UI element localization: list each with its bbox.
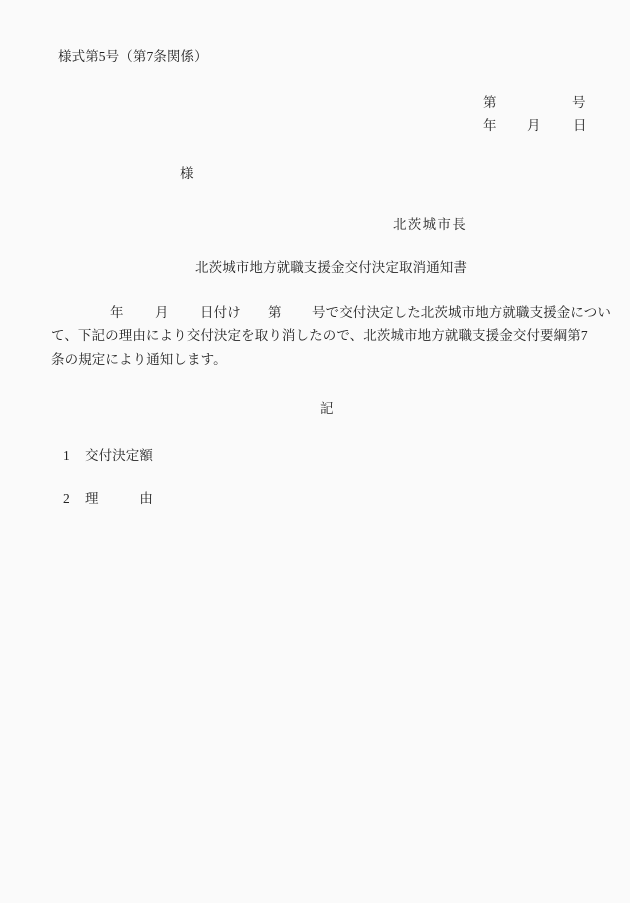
document-page: 様式第5号（第7条関係） 第 号 年 月 日 様 北茨城市長 北茨城市地方就職支… (0, 0, 630, 903)
addressee-honorific: 様 (180, 167, 194, 181)
body-line1-no-prefix: 第 (268, 306, 282, 320)
sender-name: 北茨城市長 (393, 218, 467, 232)
body-line2-text: て、下記の理由により交付決定を取り消したので、北茨城市地方就職支援金交付要綱第7 (51, 329, 588, 343)
body-line3-text: 条の規定により通知します。 (51, 353, 227, 367)
ki-heading: 記 (320, 402, 334, 416)
list-item-2-number: 2 (63, 492, 70, 506)
list-item-2-label: 理 由 (85, 492, 153, 506)
document-number-prefix: 第 (483, 96, 497, 110)
list-item-1-number: 1 (63, 449, 70, 463)
date-month-label: 月 (527, 119, 541, 133)
form-number-label: 様式第5号（第7条関係） (58, 50, 208, 64)
body-line1-month-label: 月 (155, 306, 169, 320)
body-line1-dated-label: 日付け (200, 306, 241, 320)
date-year-label: 年 (483, 119, 497, 133)
document-number-suffix: 号 (572, 96, 586, 110)
body-line1-year-label: 年 (110, 306, 124, 320)
date-day-label: 日 (573, 119, 587, 133)
list-item-1-label: 交付決定額 (85, 449, 153, 463)
body-line1-text: 号で交付決定した北茨城市地方就職支援金につい (312, 306, 611, 320)
document-title: 北茨城市地方就職支援金交付決定取消通知書 (195, 261, 467, 275)
